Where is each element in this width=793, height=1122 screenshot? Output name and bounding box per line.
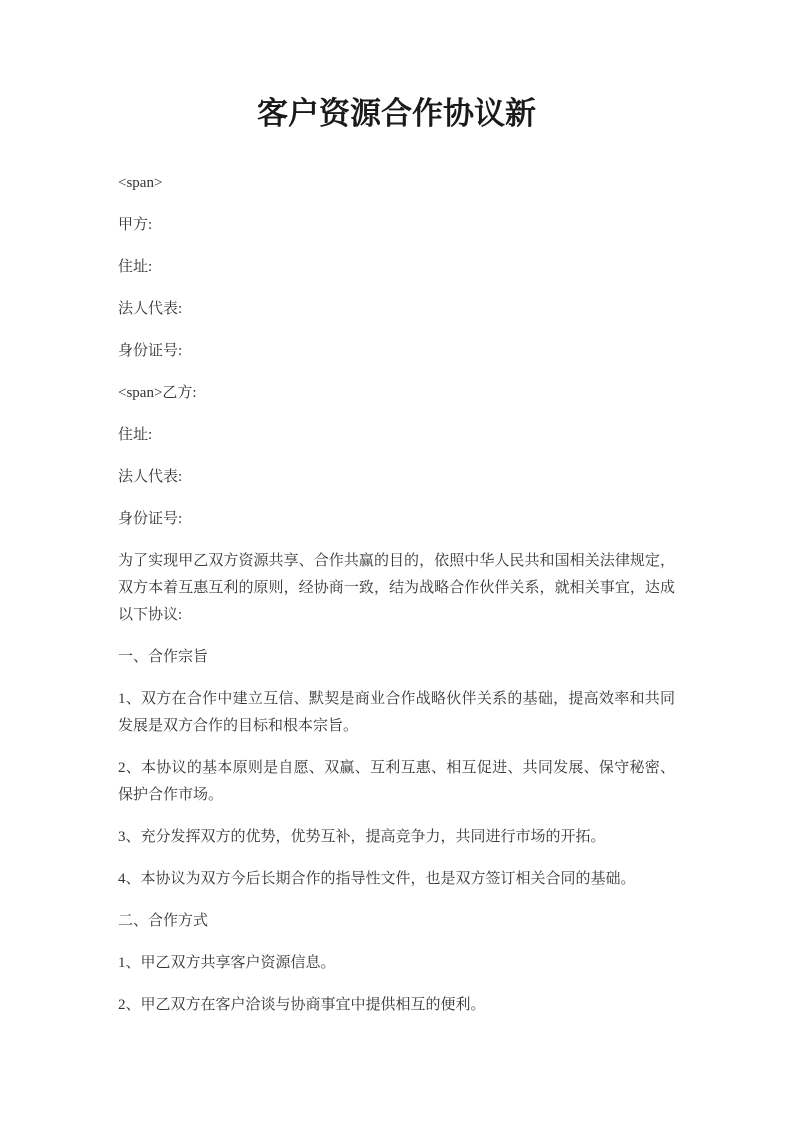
party-b-address-label: 住址: [118,422,675,449]
party-b-label: <span>乙方: [118,380,675,407]
party-b-legal-representative-label: 法人代表: [118,464,675,491]
party-a-legal-representative-label: 法人代表: [118,296,675,323]
section-2-heading: 二、合作方式 [118,908,675,935]
section-1-item-2: 2、本协议的基本原则是自愿、双赢、互利互惠、相互促进、共同发展、保守秘密、保护合… [118,755,675,809]
party-b-id-number-label: 身份证号: [118,506,675,533]
section-1-item-1: 1、双方在合作中建立互信、默契是商业合作战略伙伴关系的基础，提高效率和共同发展是… [118,686,675,740]
document-title: 客户资源合作协议新 [118,92,675,136]
section-1-item-3: 3、充分发挥双方的优势，优势互补，提高竞争力，共同进行市场的开拓。 [118,824,675,851]
section-1-heading: 一、合作宗旨 [118,644,675,671]
literal-span-line: <span> [118,170,675,197]
party-a-address-label: 住址: [118,254,675,281]
party-a-label: 甲方: [118,212,675,239]
preamble-paragraph: 为了实现甲乙双方资源共享、合作共赢的目的，依照中华人民共和国相关法律规定，双方本… [118,548,675,629]
section-2-item-1: 1、甲乙双方共享客户资源信息。 [118,950,675,977]
document-page: 客户资源合作协议新 <span> 甲方: 住址: 法人代表: 身份证号: <sp… [0,0,793,1122]
party-a-id-number-label: 身份证号: [118,338,675,365]
section-1-item-4: 4、本协议为双方今后长期合作的指导性文件，也是双方签订相关合同的基础。 [118,866,675,893]
section-2-item-2: 2、甲乙双方在客户洽谈与协商事宜中提供相互的便利。 [118,992,675,1019]
